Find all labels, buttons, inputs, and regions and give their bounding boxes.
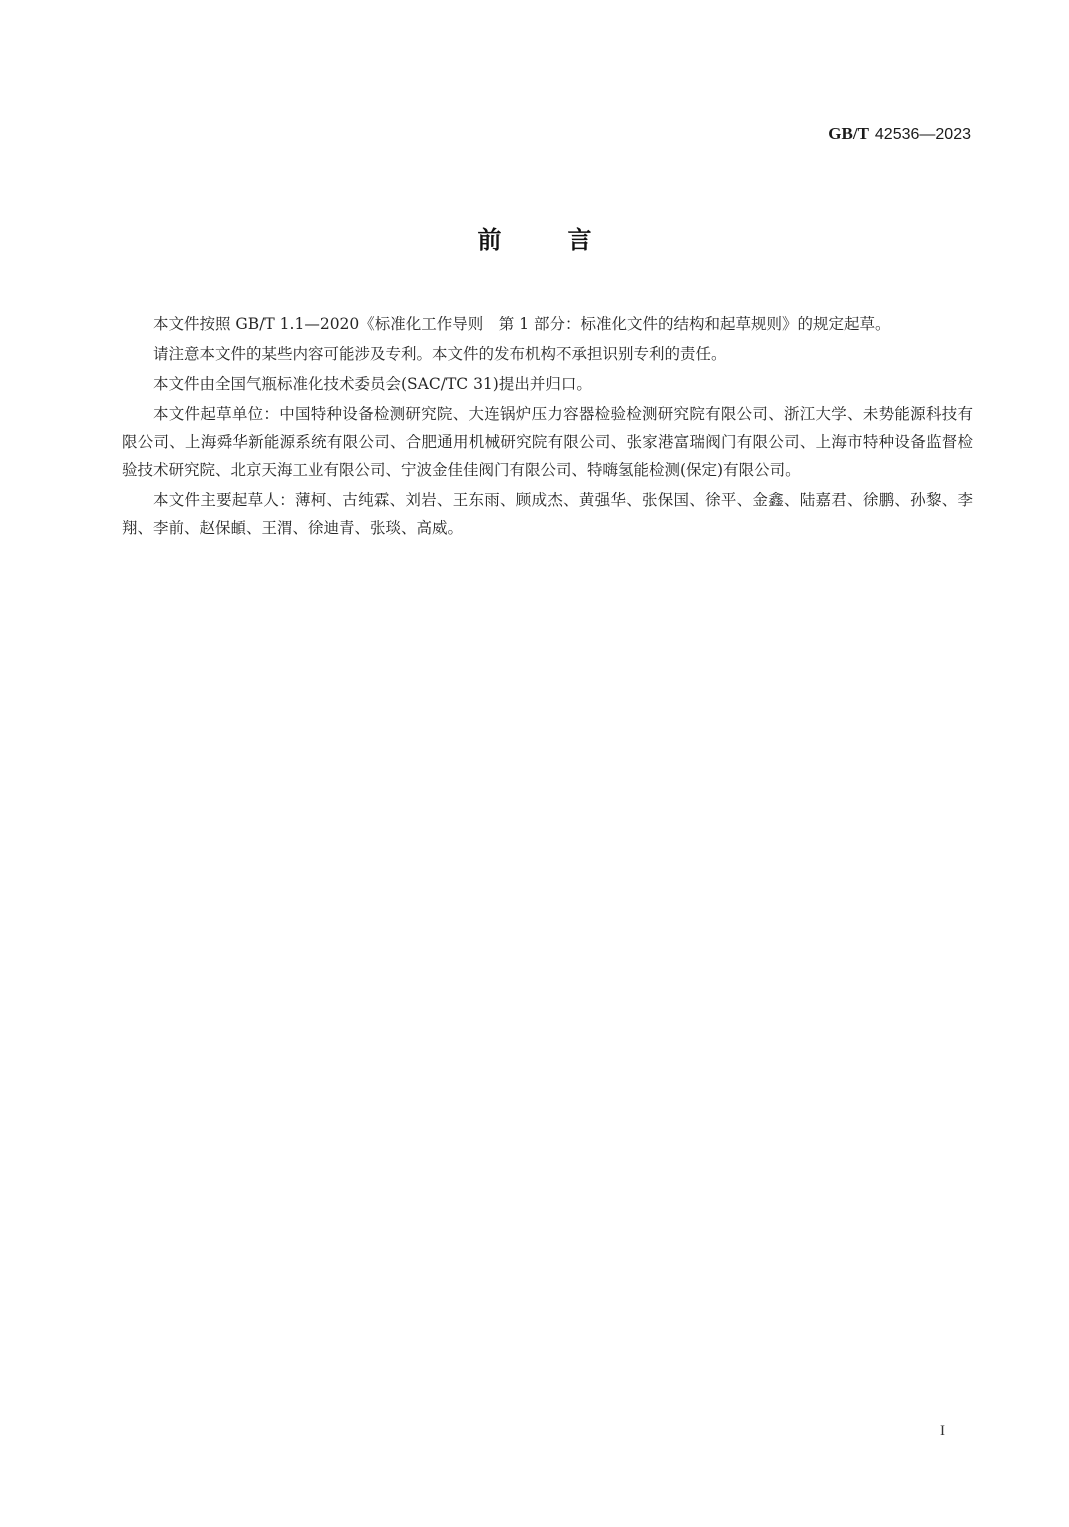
paragraph-drafting-rules: 本文件按照 GB/T 1.1—2020《标准化工作导则 第 1 部分：标准化文件… — [122, 310, 973, 338]
standard-number: GB/T42536—2023 — [828, 124, 971, 144]
paragraph-drafting-organizations: 本文件起草单位：中国特种设备检测研究院、大连锅炉压力容器检验检测研究院有限公司、… — [122, 400, 973, 484]
standard-code: 42536—2023 — [875, 126, 971, 143]
title-char-1: 前 — [478, 220, 502, 255]
paragraph-patent-notice: 请注意本文件的某些内容可能涉及专利。本文件的发布机构不承担识别专利的责任。 — [122, 340, 973, 368]
paragraph-proposing-committee: 本文件由全国气瓶标准化技术委员会(SAC/TC 31)提出并归口。 — [122, 370, 973, 398]
page-number: I — [940, 1423, 945, 1440]
page-title: 前言 — [0, 220, 1069, 255]
standard-prefix: GB/T — [828, 124, 869, 143]
paragraph-main-drafters: 本文件主要起草人：薄柯、古纯霖、刘岩、王东雨、顾成杰、黄强华、张保国、徐平、金鑫… — [122, 486, 973, 542]
foreword-body: 本文件按照 GB/T 1.1—2020《标准化工作导则 第 1 部分：标准化文件… — [122, 310, 973, 544]
title-char-2: 言 — [568, 220, 592, 255]
